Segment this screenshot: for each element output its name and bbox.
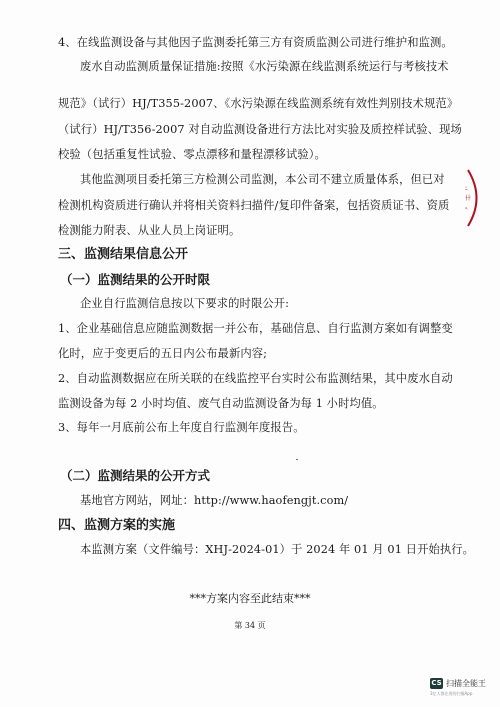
watermark-title: 扫描全能王 bbox=[446, 678, 486, 689]
disclosure-item-2-line-2: 监测设备为每 2 小时均值、废气自动监测设备为每 1 小时均值。 bbox=[58, 397, 384, 411]
seal-stamp-icon: ﾆ 卄 ﾍ bbox=[465, 168, 487, 228]
svg-text:卄: 卄 bbox=[465, 194, 471, 202]
disclosure-item-1-line-1: 1、企业基础信息应随监测数据一并公布，基础信息、自行监测方案如有调整变 bbox=[58, 322, 453, 336]
watermark-subtitle: 3亿人都在用的扫描App bbox=[430, 691, 472, 697]
section-4-title: 四、监测方案的实施 bbox=[58, 518, 175, 534]
camscanner-logo-icon: CS bbox=[430, 678, 443, 689]
scanner-watermark: CS 扫描全能王 3亿人都在用的扫描App bbox=[430, 678, 500, 702]
paragraph-third-party-line-2: 检测机构资质进行确认并将相关资料扫描件/复印件备案，包括资质证书、资质 bbox=[58, 199, 449, 213]
section-3-1-title: （一）监测结果的公开时限 bbox=[60, 272, 210, 288]
paragraph-quality-assurance-line-1: 废水自动监测质量保证措施:按照《水污染源在线监测系统运行与考核技术 bbox=[80, 60, 449, 74]
disclosure-item-2-line-1: 2、自动监测数据应在所关联的在线监控平台实时公布监测结果，其中废水自动 bbox=[58, 372, 453, 386]
svg-text:ﾍ: ﾍ bbox=[465, 206, 468, 212]
disclosure-item-1-line-2: 化时，应于变更后的五日内公布最新内容; bbox=[58, 347, 267, 361]
paragraph-quality-assurance-line-2: 规范》（试行）HJ/T355-2007、《水污染源在线监测系统有效性判别技术规范… bbox=[58, 97, 458, 111]
disclosure-item-3: 3、每年一月底前公布上年度自行监测年度报告。 bbox=[58, 421, 305, 435]
end-of-document-mark: ***方案内容至此结束*** bbox=[0, 592, 500, 606]
paragraph-item-4: 4、在线监测设备与其他因子监测委托第三方有资质监测公司进行维护和监测。 bbox=[58, 36, 453, 50]
paragraph-third-party-line-1: 其他监测项目委托第三方检测公司监测，本公司不建立质量体系，但已对 bbox=[80, 173, 445, 187]
page-number: 第 34 页 bbox=[0, 621, 500, 631]
paragraph-third-party-line-3: 检测能力附表、从业人员上岗证明。 bbox=[58, 224, 240, 238]
document-page: 4、在线监测设备与其他因子监测委托第三方有资质监测公司进行维护和监测。 废水自动… bbox=[0, 0, 500, 707]
implementation-text: 本监测方案（文件编号：XHJ-2024-01）于 2024 年 01 月 01 … bbox=[80, 543, 474, 557]
paragraph-quality-assurance-line-4: 校验（包括重复性试验、零点漂移和量程漂移试验）。 bbox=[58, 148, 326, 162]
section-3-2-title: （二）监测结果的公开方式 bbox=[60, 468, 210, 484]
scan-speck bbox=[296, 459, 298, 460]
website-line: 基地官方网站，网址：http://www.haofengjt.com/ bbox=[80, 494, 348, 508]
svg-text:ﾆ: ﾆ bbox=[465, 186, 468, 192]
disclosure-intro: 企业自行监测信息按以下要求的时限公开: bbox=[80, 297, 289, 311]
section-3-title: 三、监测结果信息公开 bbox=[58, 247, 188, 263]
paragraph-quality-assurance-line-3: （试行）HJ/T356-2007 对自动监测设备进行方法比对实验及质控样试验、现… bbox=[58, 123, 462, 137]
